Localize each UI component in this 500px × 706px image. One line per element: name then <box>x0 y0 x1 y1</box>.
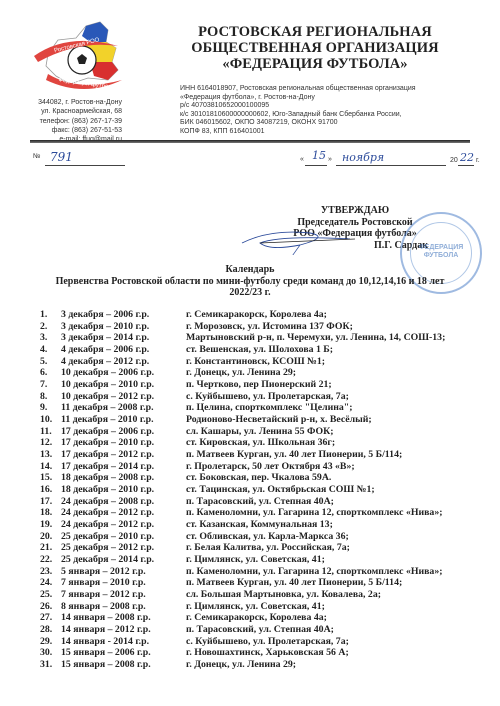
bank-line: р/с 40703810652000100095 <box>180 102 480 111</box>
row-venue: г. Белая Калитва, ул. Российская, 7а; <box>186 542 500 554</box>
row-date: 11 декабря – 2008 г.р. <box>61 402 186 414</box>
row-venue: ст. Обливская, ул. Карла-Маркса 36; <box>186 531 500 543</box>
org-title-line: РОСТОВСКАЯ РЕГИОНАЛЬНАЯ <box>190 24 440 40</box>
row-date: 11 декабря – 2010 г.р. <box>61 414 186 426</box>
row-number: 24. <box>40 577 61 589</box>
row-date: 25 декабря – 2010 г.р. <box>61 531 186 543</box>
row-venue: г. Константиновск, КСОШ №1; <box>186 356 500 368</box>
row-number: 9. <box>40 402 61 414</box>
schedule-row: 14.17 декабря – 2014 г.р.г. Пролетарск, … <box>40 461 500 473</box>
row-date: 17 декабря – 2012 г.р. <box>61 449 186 461</box>
row-venue: п. Каменоломни, ул. Гагарина 12, спортко… <box>186 566 500 578</box>
schedule-row: 18.24 декабря – 2012 г.р.п. Каменоломни,… <box>40 507 500 519</box>
header-divider <box>30 140 470 143</box>
date-quote: » <box>328 156 332 163</box>
row-venue: Мартыновский р-н, п. Черемухи, ул. Ленин… <box>186 332 500 344</box>
signature <box>240 225 360 255</box>
row-venue: Родионово-Несветайский р-н, х. Весёлый; <box>186 414 500 426</box>
row-number: 2. <box>40 321 61 333</box>
row-date: 10 декабря – 2012 г.р. <box>61 391 186 403</box>
row-venue: п. Целина, спорткомплекс "Целина"; <box>186 402 500 414</box>
bank-line: БИК 046015602, ОКПО 34087219, ОКОНХ 9170… <box>180 119 480 128</box>
fax: факс: (863) 267-51-53 <box>20 126 122 135</box>
row-date: 17 декабря – 2010 г.р. <box>61 437 186 449</box>
row-date: 25 декабря – 2012 г.р. <box>61 542 186 554</box>
row-date: 24 декабря – 2012 г.р. <box>61 507 186 519</box>
row-venue: г. Донецк, ул. Ленина 29; <box>186 367 500 379</box>
row-number: 27. <box>40 612 61 624</box>
approval-title: УТВЕРЖДАЮ <box>260 205 450 217</box>
row-venue: г. Новошахтинск, Харьковская 56 А; <box>186 647 500 659</box>
row-date: 15 января – 2008 г.р. <box>61 659 186 671</box>
schedule-row: 9.11 декабря – 2008 г.р.п. Целина, спорт… <box>40 402 500 414</box>
schedule-row: 29.14 января - 2014 г.р.с. Куйбышево, ул… <box>40 636 500 648</box>
row-date: 14 января – 2012 г.р. <box>61 624 186 636</box>
schedule-row: 4.4 декабря – 2006 г.р.ст. Вешенская, ул… <box>40 344 500 356</box>
doc-number-underline <box>45 165 125 166</box>
date-quote: « <box>300 156 304 163</box>
row-date: 17 декабря – 2014 г.р. <box>61 461 186 473</box>
row-number: 5. <box>40 356 61 368</box>
row-number: 3. <box>40 332 61 344</box>
row-number: 1. <box>40 309 61 321</box>
row-number: 14. <box>40 461 61 473</box>
row-date: 7 января – 2010 г.р. <box>61 577 186 589</box>
schedule-row: 21.25 декабря – 2012 г.р.г. Белая Калитв… <box>40 542 500 554</box>
schedule-row: 31.15 января – 2008 г.р.г. Донецк, ул. Л… <box>40 659 500 671</box>
row-date: 3 декабря – 2006 г.р. <box>61 309 186 321</box>
calendar-title: Календарь <box>0 264 500 276</box>
row-number: 20. <box>40 531 61 543</box>
row-number: 31. <box>40 659 61 671</box>
row-date: 14 января - 2014 г.р. <box>61 636 186 648</box>
schedule-row: 24.7 января – 2010 г.р.п. Матвеев Курган… <box>40 577 500 589</box>
row-venue: с. Куйбышево, ул. Пролетарская, 7а; <box>186 391 500 403</box>
date-year: 22 <box>460 151 474 164</box>
row-date: 18 декабря – 2008 г.р. <box>61 472 186 484</box>
row-venue: п. Матвеев Курган, ул. 40 лет Пионерии, … <box>186 577 500 589</box>
schedule-row: 11.17 декабря – 2006 г.р.сл. Кашары, ул.… <box>40 426 500 438</box>
row-number: 26. <box>40 601 61 613</box>
row-number: 30. <box>40 647 61 659</box>
calendar-subtitle: Первенства Ростовской области по мини-фу… <box>0 276 500 288</box>
row-venue: с. Куйбышево, ул. Пролетарская, 7а; <box>186 636 500 648</box>
schedule-row: 26.8 января – 2008 г.р.г. Цимлянск, ул. … <box>40 601 500 613</box>
row-number: 25. <box>40 589 61 601</box>
row-venue: сл. Кашары, ул. Ленина 55 ФОК; <box>186 426 500 438</box>
row-date: 18 декабря – 2010 г.р. <box>61 484 186 496</box>
schedule-row: 6.10 декабря – 2006 г.р.г. Донецк, ул. Л… <box>40 367 500 379</box>
schedule-row: 28.14 января – 2012 г.р.п. Тарасовский, … <box>40 624 500 636</box>
row-venue: ст. Вешенская, ул. Шолохова 1 Б; <box>186 344 500 356</box>
row-venue: ст. Боковская, пер. Чкалова 59А. <box>186 472 500 484</box>
row-venue: п. Тарасовский, ул. Степная 40А; <box>186 624 500 636</box>
document-date: « 15 » ноября 20 22 г. <box>300 152 495 168</box>
schedule-row: 13.17 декабря – 2012 г.р.п. Матвеев Кург… <box>40 449 500 461</box>
row-venue: г. Морозовск, ул. Истомина 137 ФОК; <box>186 321 500 333</box>
row-number: 4. <box>40 344 61 356</box>
row-venue: г. Донецк, ул. Ленина 29; <box>186 659 500 671</box>
row-date: 4 декабря – 2006 г.р. <box>61 344 186 356</box>
bank-line: КОПФ 83, КПП 616401001 <box>180 128 480 137</box>
row-venue: г. Семикаракорск, Королева 4а; <box>186 309 500 321</box>
row-number: 29. <box>40 636 61 648</box>
bank-line: «Федерация футбола», г. Ростов-на-Дону <box>180 94 480 103</box>
row-venue: г. Цимлянск, ул. Советская, 41; <box>186 601 500 613</box>
schedule-row: 22.25 декабря – 2014 г.р.г. Цимлянск, ул… <box>40 554 500 566</box>
calendar-season: 2022/23 г. <box>0 287 500 299</box>
row-date: 7 января – 2012 г.р. <box>61 589 186 601</box>
row-number: 17. <box>40 496 61 508</box>
row-number: 19. <box>40 519 61 531</box>
row-venue: п. Тарасовский, ул. Степная 40А; <box>186 496 500 508</box>
row-number: 6. <box>40 367 61 379</box>
bank-line: к/с 30101810600000000602, Юго-Западный б… <box>180 111 480 120</box>
date-month: ноября <box>342 151 384 164</box>
schedule-row: 7.10 декабря – 2010 г.р.п. Чертково, пер… <box>40 379 500 391</box>
row-date: 25 декабря – 2014 г.р. <box>61 554 186 566</box>
schedule-row: 23.5 января – 2012 г.р.п. Каменоломни, у… <box>40 566 500 578</box>
row-date: 5 января – 2012 г.р. <box>61 566 186 578</box>
schedule-row: 1.3 декабря – 2006 г.р.г. Семикаракорск,… <box>40 309 500 321</box>
row-number: 21. <box>40 542 61 554</box>
row-number: 22. <box>40 554 61 566</box>
calendar-heading: Календарь Первенства Ростовской области … <box>0 264 500 299</box>
row-venue: г. Пролетарск, 50 лет Октября 43 «В»; <box>186 461 500 473</box>
row-date: 8 января – 2008 г.р. <box>61 601 186 613</box>
row-date: 3 декабря – 2010 г.р. <box>61 321 186 333</box>
row-date: 14 января – 2008 г.р. <box>61 612 186 624</box>
schedule-row: 25.7 января – 2012 г.р.сл. Большая Марты… <box>40 589 500 601</box>
date-year-label: г. <box>476 157 480 164</box>
row-number: 12. <box>40 437 61 449</box>
row-number: 18. <box>40 507 61 519</box>
org-title-line: ОБЩЕСТВЕННАЯ ОРГАНИЗАЦИЯ <box>190 40 440 56</box>
row-date: 24 декабря – 2008 г.р. <box>61 496 186 508</box>
schedule-row: 19.24 декабря – 2012 г.р.ст. Казанская, … <box>40 519 500 531</box>
row-date: 17 декабря – 2006 г.р. <box>61 426 186 438</box>
schedule-row: 5.4 декабря – 2012 г.р.г. Константиновск… <box>40 356 500 368</box>
row-date: 10 декабря – 2006 г.р. <box>61 367 186 379</box>
doc-number-value: 791 <box>50 150 73 164</box>
row-venue: ст. Кировская, ул. Школьная 36г; <box>186 437 500 449</box>
row-venue: г. Цимлянск, ул. Советская, 41; <box>186 554 500 566</box>
schedule-row: 2.3 декабря – 2010 г.р.г. Морозовск, ул.… <box>40 321 500 333</box>
row-number: 13. <box>40 449 61 461</box>
schedule-row: 20.25 декабря – 2010 г.р.ст. Обливская, … <box>40 531 500 543</box>
row-number: 16. <box>40 484 61 496</box>
address-line: 344082, г. Ростов-на-Дону <box>20 98 122 107</box>
schedule-row: 16.18 декабря – 2010 г.р.ст. Тацинская, … <box>40 484 500 496</box>
org-title-line: «ФЕДЕРАЦИЯ ФУТБОЛА» <box>190 56 440 72</box>
doc-number-label: № <box>33 153 41 160</box>
match-schedule-list: 1.3 декабря – 2006 г.р.г. Семикаракорск,… <box>40 309 500 671</box>
row-date: 3 декабря – 2014 г.р. <box>61 332 186 344</box>
schedule-row: 30.15 января – 2006 г.р.г. Новошахтинск,… <box>40 647 500 659</box>
row-venue: г. Семикаракорск, Королева 4а; <box>186 612 500 624</box>
schedule-row: 10.11 декабря – 2010 г.р.Родионово-Несве… <box>40 414 500 426</box>
row-venue: ст. Тацинская, ул. Октябрьская СОШ №1; <box>186 484 500 496</box>
schedule-row: 12.17 декабря – 2010 г.р.ст. Кировская, … <box>40 437 500 449</box>
schedule-row: 8.10 декабря – 2012 г.р.с. Куйбышево, ул… <box>40 391 500 403</box>
row-number: 28. <box>40 624 61 636</box>
organization-address: 344082, г. Ростов-на-Дону ул. Красноарме… <box>20 98 122 144</box>
row-number: 8. <box>40 391 61 403</box>
row-number: 10. <box>40 414 61 426</box>
date-day: 15 <box>312 149 326 162</box>
row-number: 7. <box>40 379 61 391</box>
row-date: 24 декабря – 2012 г.р. <box>61 519 186 531</box>
bank-line: ИНН 6164018907, Ростовская региональная … <box>180 85 480 94</box>
bank-details: ИНН 6164018907, Ростовская региональная … <box>180 85 480 137</box>
row-venue: п. Чертково, пер Пионерский 21; <box>186 379 500 391</box>
row-venue: п. Матвеев Курган, ул. 40 лет Пионерии, … <box>186 449 500 461</box>
date-year-prefix: 20 <box>450 157 458 164</box>
row-number: 15. <box>40 472 61 484</box>
row-number: 23. <box>40 566 61 578</box>
row-date: 4 декабря – 2012 г.р. <box>61 356 186 368</box>
row-date: 10 декабря – 2010 г.р. <box>61 379 186 391</box>
organization-title: РОСТОВСКАЯ РЕГИОНАЛЬНАЯ ОБЩЕСТВЕННАЯ ОРГ… <box>190 24 440 72</box>
schedule-row: 17.24 декабря – 2008 г.р.п. Тарасовский,… <box>40 496 500 508</box>
federation-logo: Ростовская РОО Федерация футбола <box>28 18 128 90</box>
schedule-row: 15.18 декабря – 2008 г.р.ст. Боковская, … <box>40 472 500 484</box>
row-venue: п. Каменоломни, ул. Гагарина 12, спортко… <box>186 507 500 519</box>
address-line: ул. Красноармейская, 68 <box>20 107 122 116</box>
phone: телефон: (863) 267-17-39 <box>20 117 122 126</box>
schedule-row: 3.3 декабря – 2014 г.р.Мартыновский р-н,… <box>40 332 500 344</box>
row-date: 15 января – 2006 г.р. <box>61 647 186 659</box>
row-venue: сл. Большая Мартыновка, ул. Ковалева, 2а… <box>186 589 500 601</box>
row-number: 11. <box>40 426 61 438</box>
schedule-row: 27.14 января – 2008 г.р.г. Семикаракорск… <box>40 612 500 624</box>
row-venue: ст. Казанская, Коммунальная 13; <box>186 519 500 531</box>
